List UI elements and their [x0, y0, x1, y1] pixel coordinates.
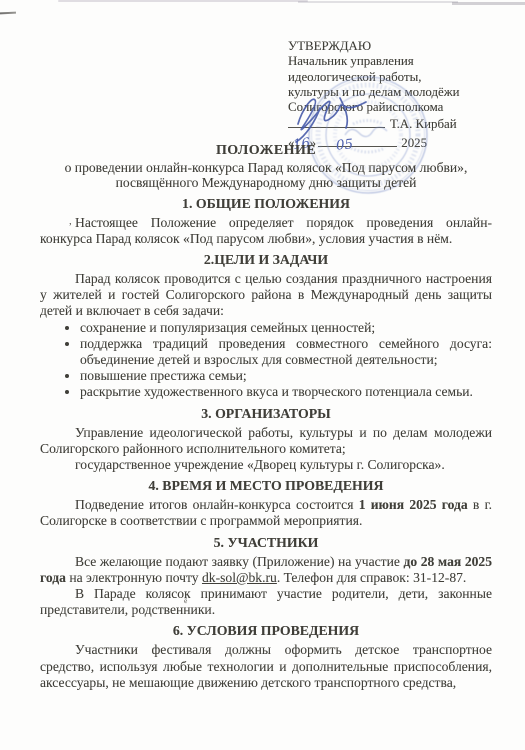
document-subtitle-line1: о проведении онлайн-конкурса Парад коляс…	[40, 160, 492, 175]
section-heading-conditions: 6. УСЛОВИЯ ПРОВЕДЕНИЯ	[40, 623, 492, 639]
task-item: поддержка традиций проведения совместног…	[80, 336, 492, 368]
document-body: ПОЛОЖЕНИЕ о проведении онлайн-конкурса П…	[40, 143, 492, 691]
paragraph-application: Все желающие подают заявку (Приложение) …	[40, 554, 492, 586]
section-heading-time-place: 4. ВРЕМЯ И МЕСТО ПРОВЕДЕНИЯ	[40, 478, 492, 494]
handwritten-signature	[286, 88, 398, 146]
paragraph-general: Настоящее Положение определяет порядок п…	[40, 215, 492, 247]
paragraph-goals: Парад колясок проводится с целью создани…	[40, 271, 492, 320]
section-heading-organizers: 3. ОРГАНИЗАТОРЫ	[40, 406, 492, 422]
scan-artifact-dash	[0, 12, 16, 15]
paragraph-time-place: Подведение итогов онлайн-конкурса состои…	[40, 497, 492, 529]
email-text: dk-sol@bk.ru	[202, 570, 277, 585]
tasks-list: сохранение и популяризация семейных ценн…	[40, 320, 492, 401]
scan-artifact-smudge	[298, 1, 458, 3]
scan-artifact-smudge	[452, 2, 525, 5]
scanned-document-page: , ё УТВЕРЖДАЮ Начальник управления идеол…	[0, 0, 525, 750]
text-run: на электронную почту	[66, 570, 202, 585]
paragraph-organizer-1: Управление идеологической работы, культу…	[40, 425, 492, 457]
document-title: ПОЛОЖЕНИЕ	[40, 143, 492, 159]
event-date-bold: 1 июня 2025 года	[359, 497, 468, 512]
text-run: . Телефон для справок: 31-12-87.	[277, 570, 467, 585]
document-subtitle-line2: посвящённого Международному дню защиты д…	[40, 175, 492, 190]
paragraph-organizer-2: государственное учреждение «Дворец культ…	[40, 457, 492, 473]
paragraph-conditions: Участники фестиваля должны оформить детс…	[40, 642, 492, 691]
task-item: повышение престижа семьи;	[80, 368, 492, 384]
text-run: Все желающие подают заявку (Приложение) …	[75, 554, 403, 569]
scan-artifact-smudge	[58, 0, 308, 2]
section-heading-general: 1. ОБЩИЕ ПОЛОЖЕНИЯ	[40, 196, 492, 212]
approval-word: УТВЕРЖДАЮ	[288, 39, 513, 54]
paragraph-participants: В Параде колясок принимают участие родит…	[40, 586, 492, 618]
section-heading-goals: 2.ЦЕЛИ И ЗАДАЧИ	[40, 252, 492, 268]
approver-position-line: Начальник управления	[288, 54, 513, 69]
text-run: Подведение итогов онлайн-конкурса состои…	[75, 497, 359, 512]
task-item: сохранение и популяризация семейных ценн…	[80, 320, 492, 336]
task-item: раскрытие художественного вкуса и творче…	[80, 384, 492, 400]
section-heading-participants: 5. УЧАСТНИКИ	[40, 535, 492, 551]
